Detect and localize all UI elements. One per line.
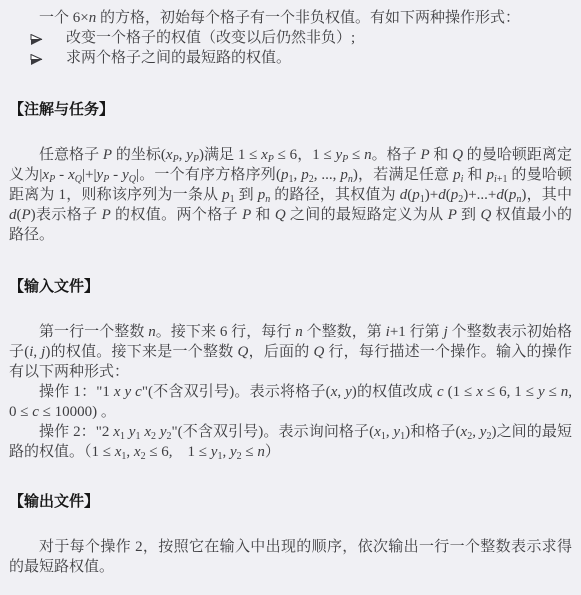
text-run: c xyxy=(437,384,444,400)
text-run: Q xyxy=(129,174,136,185)
text-run: )+ xyxy=(425,187,438,203)
text-run: 求两个格子之间的最短路的权值。 xyxy=(66,50,291,66)
intro-paragraph: 一个 6×n 的方格，初始每个格子有一个非负权值。有如下两种操作形式： xyxy=(9,8,572,28)
text-run: y xyxy=(538,384,545,400)
text-run: p xyxy=(487,167,495,183)
text-run: ≤ xyxy=(348,147,364,163)
text-run: y xyxy=(122,167,129,183)
text-run: Q xyxy=(75,174,82,185)
text-run: p xyxy=(412,187,420,203)
text-run: )，若满足任意 xyxy=(353,167,453,183)
section-paragraph: 对于每个操作 2，按照它在输入中出现的顺序，依次输出一行一个整数表示求得的最短路… xyxy=(9,537,572,577)
text-run: P xyxy=(448,207,457,223)
text-run: 一个 6× xyxy=(39,10,89,26)
text-run: 和 xyxy=(251,207,275,223)
text-run: c xyxy=(32,404,39,420)
text-run: 任意格子 xyxy=(39,147,103,163)
text-run: 到 xyxy=(457,207,481,223)
text-run: y xyxy=(230,444,237,460)
text-run: c xyxy=(135,384,142,400)
text-run: P xyxy=(103,147,112,163)
arrowhead-bullet-icon xyxy=(30,32,43,44)
text-run: |+| xyxy=(82,167,96,183)
text-run: x xyxy=(166,147,173,163)
text-run: )和格子( xyxy=(405,424,460,440)
text-run: , ..., xyxy=(314,167,341,183)
problem-statement-page: 一个 6×n 的方格，初始每个格子有一个非负权值。有如下两种操作形式： 改变一个… xyxy=(0,0,581,595)
operation-1-paragraph: 操作 1："1 x y c"(不含双引号)。表示将格子(x, y)的权值改成 c… xyxy=(9,382,572,422)
text-run: |。一个有序方格序列( xyxy=(136,167,281,183)
text-run: n xyxy=(148,324,156,340)
text-run: y xyxy=(186,147,193,163)
text-run: ，后面的 xyxy=(248,344,313,360)
text-run: )的权值。接下来是一个整数 xyxy=(45,344,237,360)
text-run: , xyxy=(126,444,134,460)
text-run: Q xyxy=(275,207,286,223)
text-run: Q xyxy=(237,344,248,360)
text-run: x xyxy=(374,424,381,440)
text-run: 和 xyxy=(463,167,486,183)
text-run: , xyxy=(222,444,230,460)
text-run: p xyxy=(453,167,461,183)
section-title: 【注解与任务】 xyxy=(9,100,572,120)
text-run: Q xyxy=(480,207,491,223)
section-paragraph: 任意格子 P 的坐标(xP, yP)满足 1 ≤ xP ≤ 6，1 ≤ yP ≤… xyxy=(9,145,572,245)
text-run: , xyxy=(33,344,41,360)
text-run: , xyxy=(337,384,345,400)
text-run: x xyxy=(476,384,483,400)
text-run: 到 xyxy=(235,187,258,203)
list-item: 改变一个格子的权值（改变以后仍然非负）; xyxy=(30,28,572,48)
section-title: 【输出文件】 xyxy=(9,492,572,512)
text-run: 的坐标( xyxy=(112,147,166,163)
section-output-file: 【输出文件】 对于每个操作 2，按照它在输入中出现的顺序，依次输出一行一个整数表… xyxy=(9,492,572,577)
text-run: p xyxy=(340,167,348,183)
text-run: n xyxy=(364,147,372,163)
text-run: P xyxy=(102,207,111,223)
text-run: x xyxy=(261,147,268,163)
text-run: n xyxy=(257,444,265,460)
text-run: n xyxy=(295,324,303,340)
text-run: d xyxy=(9,207,17,223)
text-run: x xyxy=(68,167,75,183)
text-run: )+...+ xyxy=(463,187,496,203)
section-notes-and-task: 【注解与任务】 任意格子 P 的坐标(xP, yP)满足 1 ≤ xP ≤ 6，… xyxy=(9,100,572,245)
text-run: - xyxy=(109,167,122,183)
text-run: Q xyxy=(452,147,463,163)
text-run: p xyxy=(222,187,230,203)
text-run: 。格子 xyxy=(372,147,421,163)
text-run: 之间的最短路定义为从 xyxy=(286,207,448,223)
text-run: )表示格子 xyxy=(31,207,102,223)
text-run: ≤ 6，1 ≤ xyxy=(274,147,336,163)
text-run: 的路径，其权值为 xyxy=(270,187,399,203)
list-item: 求两个格子之间的最短路的权值。 xyxy=(30,48,572,68)
text-run: 第一行一个整数 xyxy=(39,324,148,340)
text-run: 的方格，初始每个格子有一个非负权值。有如下两种操作形式： xyxy=(96,10,520,26)
section-paragraph: 第一行一个整数 n。接下来 6 行，每行 n 个整数，第 i+1 行第 j 个整… xyxy=(9,322,572,382)
text-run: y xyxy=(160,424,167,440)
text-run: d xyxy=(438,187,446,203)
text-run: , xyxy=(472,424,480,440)
text-run: "(不含双引号)。表示询问格子( xyxy=(172,424,375,440)
text-run: (1 ≤ xyxy=(444,384,477,400)
arrowhead-bullet-icon xyxy=(30,52,43,64)
text-run: d xyxy=(496,187,504,203)
text-run: )，其中 xyxy=(521,187,572,203)
section-title: 【输入文件】 xyxy=(9,277,572,297)
text-run: 操作 2："2 xyxy=(39,424,113,440)
text-run: 对于每个操作 2，按照它在输入中出现的顺序，依次输出一行一个整数表示求得的最短路… xyxy=(9,539,572,575)
section-input-file: 【输入文件】 第一行一个整数 n。接下来 6 行，每行 n 个整数，第 i+1 … xyxy=(9,277,572,462)
text-run: x xyxy=(144,424,151,440)
text-run: 个整数，第 xyxy=(303,324,386,340)
operation-2-paragraph: 操作 2："2 x1 y1 x2 y2"(不含双引号)。表示询问格子(x1, y… xyxy=(9,422,572,462)
text-run: x xyxy=(134,444,141,460)
text-run: 。接下来 6 行，每行 xyxy=(156,324,295,340)
list-item-text: 改变一个格子的权值（改变以后仍然非负）; xyxy=(66,30,355,46)
text-run: ≤ xyxy=(242,444,258,460)
text-run: 操作 1："1 xyxy=(39,384,114,400)
text-run: - xyxy=(55,167,68,183)
text-run: P xyxy=(420,147,429,163)
text-run: )满足 1 ≤ xyxy=(199,147,261,163)
text-run: Q xyxy=(314,344,325,360)
text-run: ≤ 6, 1 ≤ xyxy=(483,384,538,400)
text-run: p xyxy=(281,167,289,183)
text-run: "(不含双引号)。表示将格子( xyxy=(142,384,331,400)
text-run: P xyxy=(242,207,251,223)
list-item-text: 求两个格子之间的最短路的权值。 xyxy=(66,50,291,66)
text-run: y xyxy=(345,384,352,400)
text-run: x xyxy=(113,424,120,440)
text-run: +1 xyxy=(497,174,508,185)
text-run: ≤ 6, 1 ≤ xyxy=(146,444,211,460)
text-run: ） xyxy=(265,444,280,460)
text-run: 和 xyxy=(430,147,453,163)
text-run: 改变一个格子的权值（改变以后仍然非负）; xyxy=(66,30,355,46)
text-run: x xyxy=(114,384,121,400)
text-run: p xyxy=(301,167,309,183)
text-run: ≤ 10000) 。 xyxy=(39,404,116,420)
text-run: ≤ xyxy=(545,384,561,400)
text-run: P xyxy=(22,207,31,223)
text-run: )的权值改成 xyxy=(352,384,437,400)
operation-type-list: 改变一个格子的权值（改变以后仍然非负）; 求两个格子之间的最短路的权值。 xyxy=(30,28,572,68)
text-run: +1 行第 xyxy=(390,324,444,340)
text-run: 的权值。两个格子 xyxy=(111,207,242,223)
